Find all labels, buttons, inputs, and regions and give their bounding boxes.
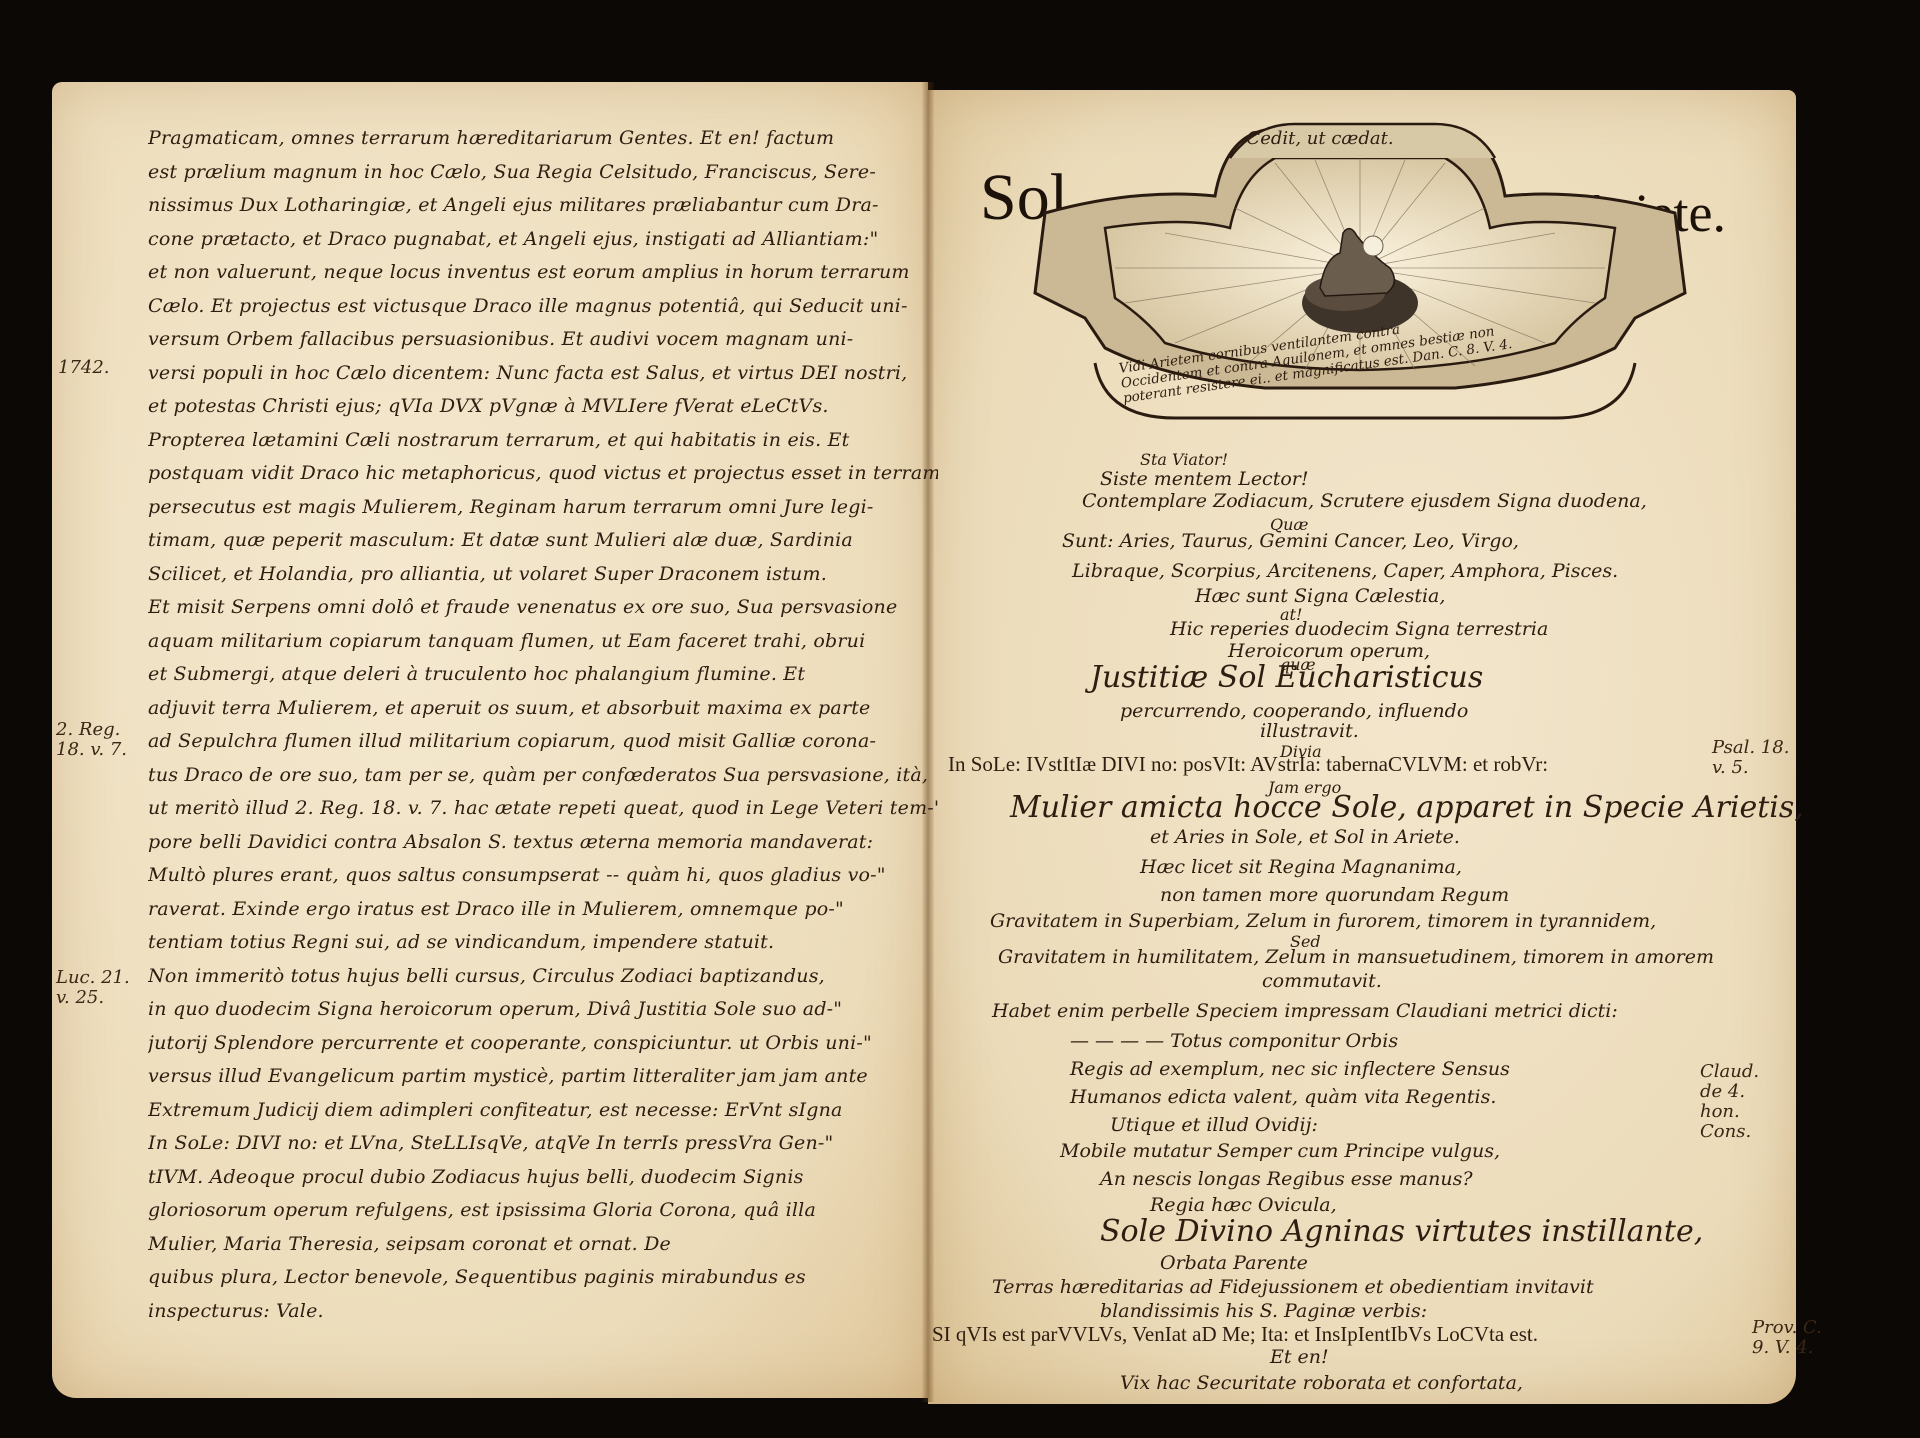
manuscript-line: An nescis longas Regibus esse manus? <box>1100 1168 1473 1190</box>
manuscript-line: quibus plura, Lector benevole, Sequentib… <box>148 1261 938 1295</box>
manuscript-line: Contemplare Zodiacum, Scrutere ejusdem S… <box>1082 490 1647 512</box>
manuscript-line: Gravitatem in Superbiam, Zelum in furore… <box>990 910 1656 932</box>
manuscript-line: aquam militarium copiarum tanquam flumen… <box>148 625 938 659</box>
manuscript-line: Vix hac Securitate roborata et confortat… <box>1120 1372 1523 1394</box>
manuscript-line: blandissimis his S. Paginæ verbis: <box>1100 1300 1427 1322</box>
manuscript-line: Regis ad exemplum, nec sic inflectere Se… <box>1070 1058 1510 1080</box>
manuscript-line: tentiam totius Regni sui, ad se vindican… <box>148 926 938 960</box>
manuscript-line: Sta Viator! <box>1140 450 1228 469</box>
margin-note-luc: Luc. 21. v. 25. <box>56 968 140 1008</box>
manuscript-line: Gravitatem in humilitatem, Zelum in mans… <box>998 946 1714 968</box>
manuscript-line: est prælium magnum in hoc Cælo, Sua Regi… <box>148 156 938 190</box>
manuscript-line: tus Draco de ore suo, tam per se, quàm p… <box>148 759 938 793</box>
manuscript-line: jutorij Splendore percurrente et coopera… <box>148 1027 938 1061</box>
manuscript-line: Non immeritò totus hujus belli cursus, C… <box>148 960 938 994</box>
manuscript-line: inspecturus: Vale. <box>148 1295 938 1329</box>
manuscript-line: versum Orbem fallacibus persuasionibus. … <box>148 323 938 357</box>
margin-citation-note: Psal. 18. v. 5. <box>1712 738 1792 778</box>
manuscript-line: cone prætacto, et Draco pugnabat, et Ang… <box>148 223 938 257</box>
manuscript-line: raverat. Exinde ergo iratus est Draco il… <box>148 893 938 927</box>
manuscript-line: Sunt: Aries, Taurus, Gemini Cancer, Leo,… <box>1062 530 1519 552</box>
manuscript-line: SI qVIs est parVVLVs, VenIat aD Me; Ita:… <box>932 1322 1538 1347</box>
manuscript-line: Hic reperies duodecim Signa terrestria <box>1170 618 1548 640</box>
manuscript-line: percurrendo, cooperando, influendo <box>1120 700 1468 722</box>
manuscript-line: versus illud Evangelicum partim mysticè,… <box>148 1060 938 1094</box>
manuscript-line: commutavit. <box>1262 970 1382 992</box>
manuscript-line: postquam vidit Draco hic metaphoricus, q… <box>148 457 938 491</box>
manuscript-line: Mobile mutatur Semper cum Principe vulgu… <box>1060 1140 1500 1162</box>
manuscript-line: Mulier, Maria Theresia, seipsam coronat … <box>148 1228 938 1262</box>
manuscript-line: versi populi in hoc Cælo dicentem: Nunc … <box>148 357 938 391</box>
manuscript-line: Hæc licet sit Regina Magnanima, <box>1140 856 1462 878</box>
manuscript-line: Et en! <box>1270 1346 1329 1368</box>
manuscript-line: Siste mentem Lector! <box>1100 468 1309 490</box>
manuscript-line: Terras hæreditarias ad Fidejussionem et … <box>992 1276 1594 1298</box>
manuscript-line: nissimus Dux Lotharingiæ, et Angeli ejus… <box>148 189 938 223</box>
manuscript-line: Justitiæ Sol Eucharisticus <box>1090 660 1483 695</box>
manuscript-line: Et misit Serpens omni dolô et fraude ven… <box>148 591 938 625</box>
margin-citation-note: Prov. C. 9. V. 4. <box>1752 1318 1832 1358</box>
ram-emblem-illustration <box>1015 118 1705 438</box>
manuscript-line: persecutus est magis Mulierem, Reginam h… <box>148 491 938 525</box>
manuscript-line: Libraque, Scorpius, Arcitenens, Caper, A… <box>1072 560 1618 582</box>
manuscript-line: gloriosorum operum refulgens, est ipsiss… <box>148 1194 938 1228</box>
year-margin-note: 1742. <box>58 358 110 378</box>
manuscript-line: et non valuerunt, neque locus inventus e… <box>148 256 938 290</box>
manuscript-line: Extremum Judicij diem adimpleri confitea… <box>148 1094 938 1128</box>
manuscript-line: Orbata Parente <box>1160 1252 1308 1274</box>
manuscript-line: Sole Divino Agninas virtutes instillante… <box>1100 1214 1703 1249</box>
margin-note-reg: 2. Reg. 18. v. 7. <box>56 720 140 760</box>
manuscript-line: In SoLe: IVstItIæ DIVI no: posVIt: AVstr… <box>948 752 1548 777</box>
manuscript-line: Humanos edicta valent, quàm vita Regenti… <box>1070 1086 1496 1108</box>
manuscript-line: Multò plures erant, quos saltus consumps… <box>148 859 938 893</box>
manuscript-line: Pragmaticam, omnes terrarum hæreditariar… <box>148 122 938 156</box>
manuscript-line: In SoLe: DIVI no: et LVna, SteLLIsqVe, a… <box>148 1127 938 1161</box>
manuscript-line: Cælo. Et projectus est victusque Draco i… <box>148 290 938 324</box>
manuscript-line: ad Sepulchra flumen illud militarium cop… <box>148 725 938 759</box>
emblem-motto: Cedit, ut cædat. <box>1200 128 1440 149</box>
margin-citation-note: Claud. de 4. hon. Cons. <box>1700 1062 1780 1142</box>
manuscript-line: adjuvit terra Mulierem, et aperuit os su… <box>148 692 938 726</box>
manuscript-line: Heroicorum operum, <box>1228 640 1430 662</box>
left-page-body: Pragmaticam, omnes terrarum hæreditariar… <box>148 122 938 1328</box>
manuscript-line: et Aries in Sole, et Sol in Ariete. <box>1150 826 1460 848</box>
manuscript-line: et Submergi, atque deleri à truculento h… <box>148 658 938 692</box>
manuscript-line: Habet enim perbelle Speciem impressam Cl… <box>992 1000 1618 1022</box>
manuscript-line: non tamen more quorundam Regum <box>1160 884 1509 906</box>
manuscript-line: timam, quæ peperit masculum: Et datæ sun… <box>148 524 938 558</box>
manuscript-line: illustravit. <box>1260 720 1359 742</box>
manuscript-line: — — — — Totus componitur Orbis <box>1070 1030 1398 1052</box>
manuscript-line: Utique et illud Ovidij: <box>1110 1114 1318 1136</box>
manuscript-line: Hæc sunt Signa Cælestia, <box>1195 585 1445 607</box>
manuscript-line: pore belli Davidici contra Absalon S. te… <box>148 826 938 860</box>
manuscript-line: tIVM. Adeoque procul dubio Zodiacus huju… <box>148 1161 938 1195</box>
manuscript-line: Regia hæc Ovicula, <box>1150 1194 1337 1216</box>
manuscript-line: Propterea lætamini Cæli nostrarum terrar… <box>148 424 938 458</box>
manuscript-line: in quo duodecim Signa heroicorum operum,… <box>148 993 938 1027</box>
manuscript-line: ut meritò illud 2. Reg. 18. v. 7. hac æt… <box>148 792 938 826</box>
manuscript-line: Scilicet, et Holandia, pro alliantia, ut… <box>148 558 938 592</box>
manuscript-line: Mulier amicta hocce Sole, apparet in Spe… <box>1010 790 1804 825</box>
manuscript-line: et potestas Christi ejus; qVIa DVX pVgnæ… <box>148 390 938 424</box>
